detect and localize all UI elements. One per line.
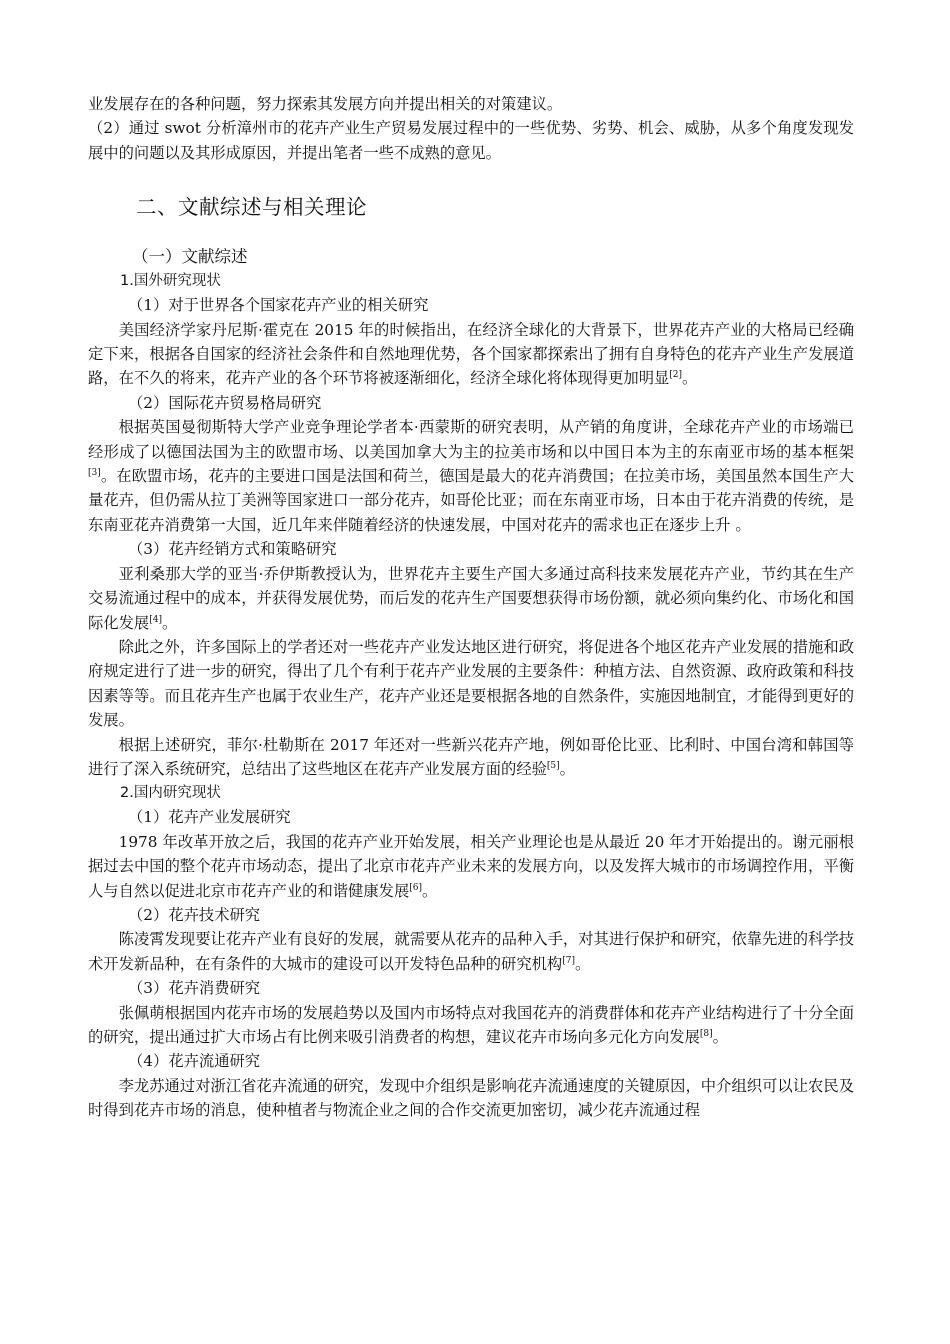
intro-continuation: 业发展存在的各种问题，努力探索其发展方向并提出相关的对策建议。	[88, 92, 854, 116]
domestic-item-1-paragraph: 1978 年改革开放之后，我国的花卉产业开始发展，相关产业理论也是从最近 20 …	[88, 830, 854, 903]
section-title: 二、文献综述与相关理论	[136, 193, 854, 221]
domestic-item-1-title: （1）花卉产业发展研究	[88, 805, 854, 829]
foreign-item-2-title: （2）国际花卉贸易格局研究	[88, 391, 854, 415]
domestic-item-2-title: （2）花卉技术研究	[88, 903, 854, 927]
intro-item-2: （2）通过 swot 分析漳州市的花卉产业生产贸易发展过程中的一些优势、劣势、机…	[88, 116, 854, 165]
foreign-item-3-title: （3）花卉经销方式和策略研究	[88, 537, 854, 561]
domestic-item-2-paragraph: 陈凌霄发现要让花卉产业有良好的发展，就需要从花卉的品种入手，对其进行保护和研究，…	[88, 927, 854, 976]
citation: [4]	[149, 615, 162, 625]
domestic-item-3-title: （3）花卉消费研究	[88, 976, 854, 1000]
domestic-research-heading: 2.国内研究现状	[120, 781, 854, 805]
foreign-research-heading: 1.国外研究现状	[120, 269, 854, 293]
foreign-item-1-title: （1）对于世界各个国家花卉产业的相关研究	[88, 293, 854, 317]
foreign-item-3-paragraph-2: 除此之外，许多国际上的学者还对一些花卉产业发达地区进行研究，将促进各个地区花卉产…	[88, 635, 854, 733]
citation: [3]	[88, 468, 101, 478]
document-page: 业发展存在的各种问题，努力探索其发展方向并提出相关的对策建议。 （2）通过 sw…	[88, 92, 854, 1123]
citation: [7]	[562, 956, 575, 966]
foreign-item-3-paragraph-3: 根据上述研究，菲尔·杜勒斯在 2017 年还对一些新兴花卉产地，例如哥伦比亚、比…	[88, 733, 854, 782]
foreign-item-2-paragraph: 根据英国曼彻斯特大学产业竞争理论学者本·西蒙斯的研究表明，从产销的角度讲，全球花…	[88, 415, 854, 537]
citation: [6]	[409, 883, 422, 893]
citation: [8]	[700, 1029, 713, 1039]
citation: [5]	[547, 761, 560, 771]
subsection-title: （一）文献综述	[132, 245, 854, 269]
foreign-item-3-paragraph-1: 亚利桑那大学的亚当·乔伊斯教授认为，世界花卉主要生产国大多通过高科技来发展花卉产…	[88, 562, 854, 635]
foreign-item-1-paragraph: 美国经济学家丹尼斯·霍克在 2015 年的时候指出，在经济全球化的大背景下，世界…	[88, 318, 854, 391]
citation: [2]	[669, 370, 682, 380]
domestic-item-3-paragraph: 张佩萌根据国内花卉市场的发展趋势以及国内市场特点对我国花卉的消费群体和花卉产业结…	[88, 1001, 854, 1050]
domestic-item-4-paragraph: 李龙苏通过对浙江省花卉流通的研究，发现中介组织是影响花卉流通速度的关键原因，中介…	[88, 1074, 854, 1123]
domestic-item-4-title: （4）花卉流通研究	[88, 1049, 854, 1073]
